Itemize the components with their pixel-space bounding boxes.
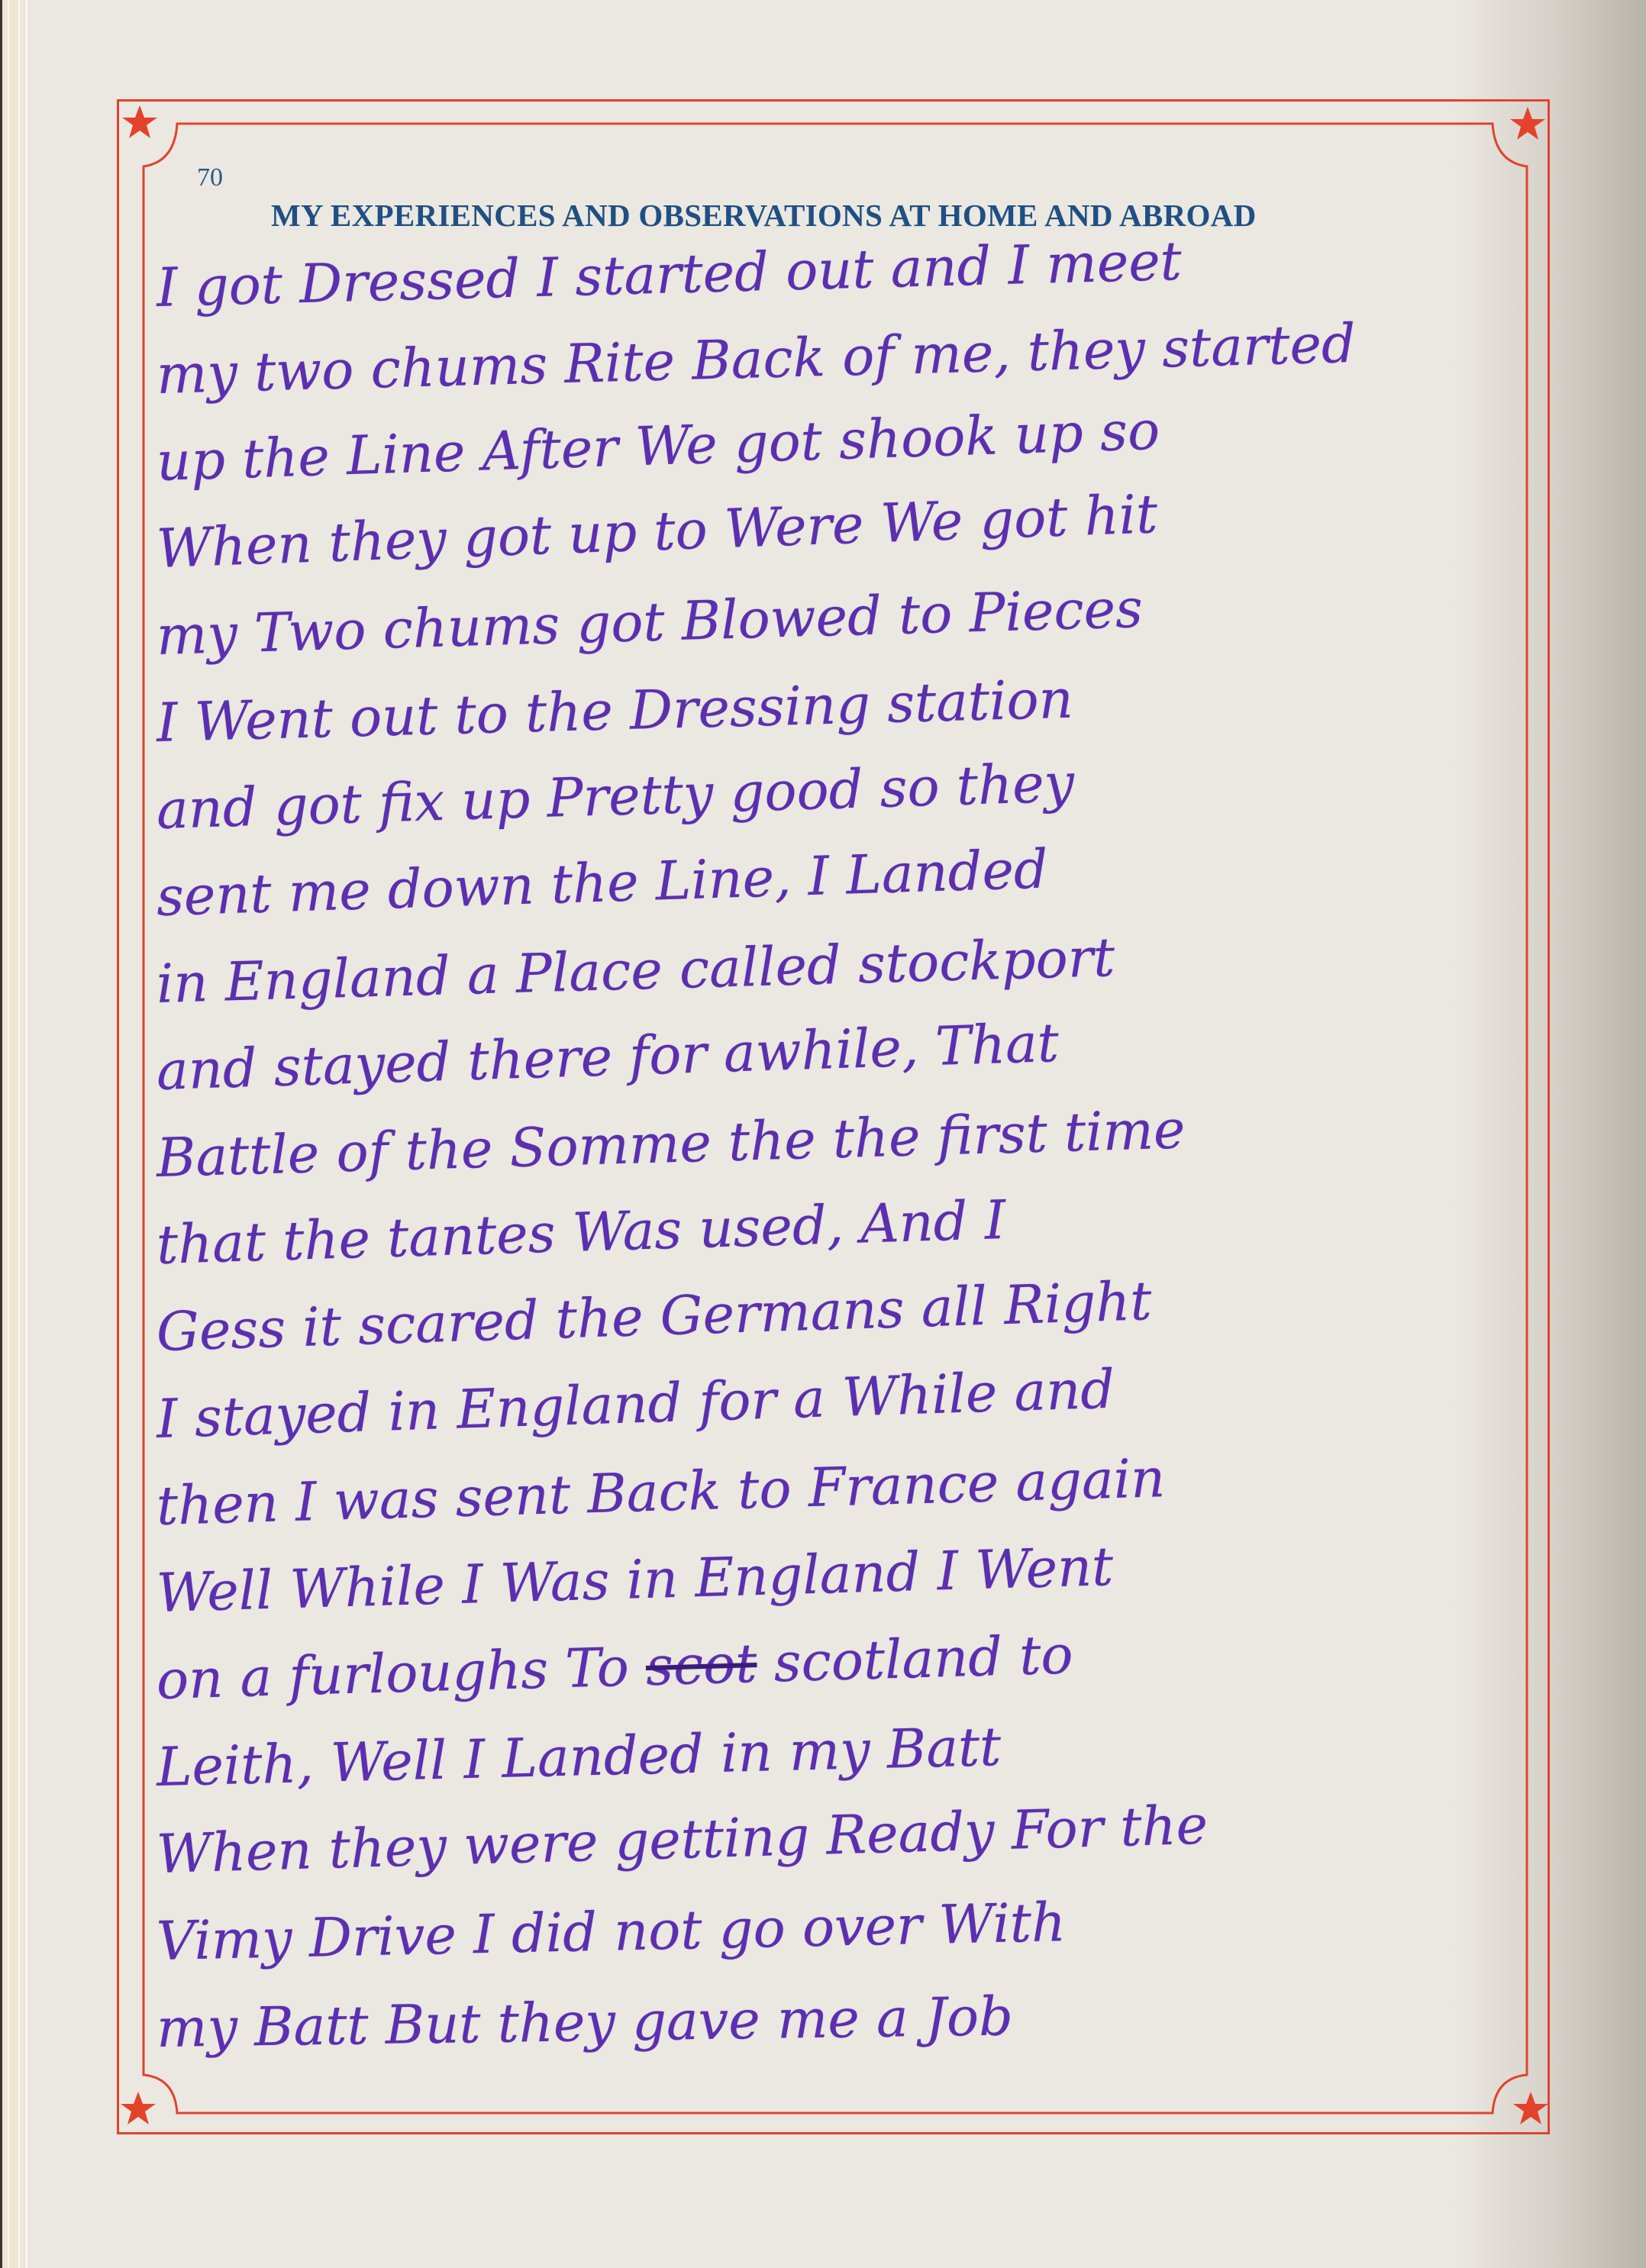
star-icon-top-left: [121, 104, 159, 142]
page-stack-edge: [0, 0, 31, 2268]
handwritten-text-block: I got Dressed I started out and I meet m…: [157, 244, 1531, 2072]
handwritten-text: scotland to: [756, 1623, 1073, 1695]
page-number: 70: [197, 163, 223, 192]
handwritten-text: on a furloughs To: [156, 1636, 630, 1711]
star-icon-top-right: [1509, 105, 1547, 144]
star-icon-bottom-left: [119, 2090, 157, 2128]
handwritten-line: my Batt But they gave me a Job: [156, 1966, 1531, 2072]
star-icon-bottom-right: [1512, 2090, 1550, 2128]
struck-out-word: scot: [645, 1632, 758, 1698]
